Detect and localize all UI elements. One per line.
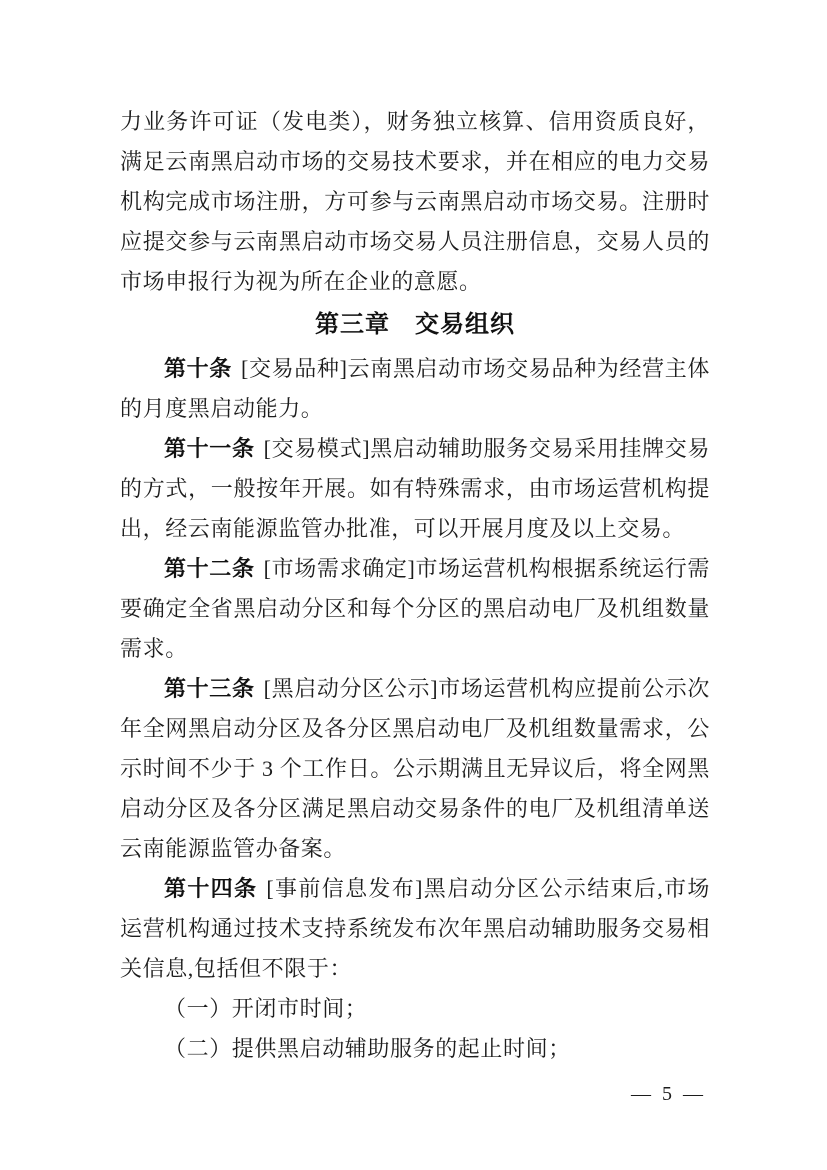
list-item-1: （一）开闭市时间； <box>120 989 710 1029</box>
article-11-paragraph: 第十一条[交易模式]黑启动辅助服务交易采用挂牌交易的方式，一般按年开展。如有特殊… <box>120 429 710 549</box>
article-14-number: 第十四条 <box>164 876 257 901</box>
intro-paragraph: 力业务许可证（发电类），财务独立核算、信用资质良好，满足云南黑启动市场的交易技术… <box>120 102 710 302</box>
article-10-paragraph: 第十条[交易品种]云南黑启动市场交易品种为经营主体的月度黑启动能力。 <box>120 349 710 429</box>
article-14-paragraph: 第十四条[事前信息发布]黑启动分区公示结束后,市场运营机构通过技术支持系统发布次… <box>120 869 710 989</box>
document-content: 力业务许可证（发电类），财务独立核算、信用资质良好，满足云南黑启动市场的交易技术… <box>120 102 710 1069</box>
article-12-number: 第十二条 <box>164 556 255 581</box>
article-12-paragraph: 第十二条[市场需求确定]市场运营机构根据系统运行需要确定全省黑启动分区和每个分区… <box>120 549 710 669</box>
list-item-2: （二）提供黑启动辅助服务的起止时间； <box>120 1029 710 1069</box>
chapter-heading: 第三章 交易组织 <box>120 305 710 345</box>
article-13-paragraph: 第十三条[黑启动分区公示]市场运营机构应提前公示次年全网黑启动分区及各分区黑启动… <box>120 669 710 869</box>
article-13-number: 第十三条 <box>164 676 255 701</box>
document-page: 力业务许可证（发电类），财务独立核算、信用资质良好，满足云南黑启动市场的交易技术… <box>0 0 827 1170</box>
article-11-number: 第十一条 <box>164 436 255 461</box>
page-number: — 5 — <box>631 1082 706 1106</box>
page-number-text: — 5 — <box>631 1083 706 1105</box>
article-13-text: [黑启动分区公示]市场运营机构应提前公示次年全网黑启动分区及各分区黑启动电厂及机… <box>120 676 710 861</box>
article-10-number: 第十条 <box>164 356 232 381</box>
